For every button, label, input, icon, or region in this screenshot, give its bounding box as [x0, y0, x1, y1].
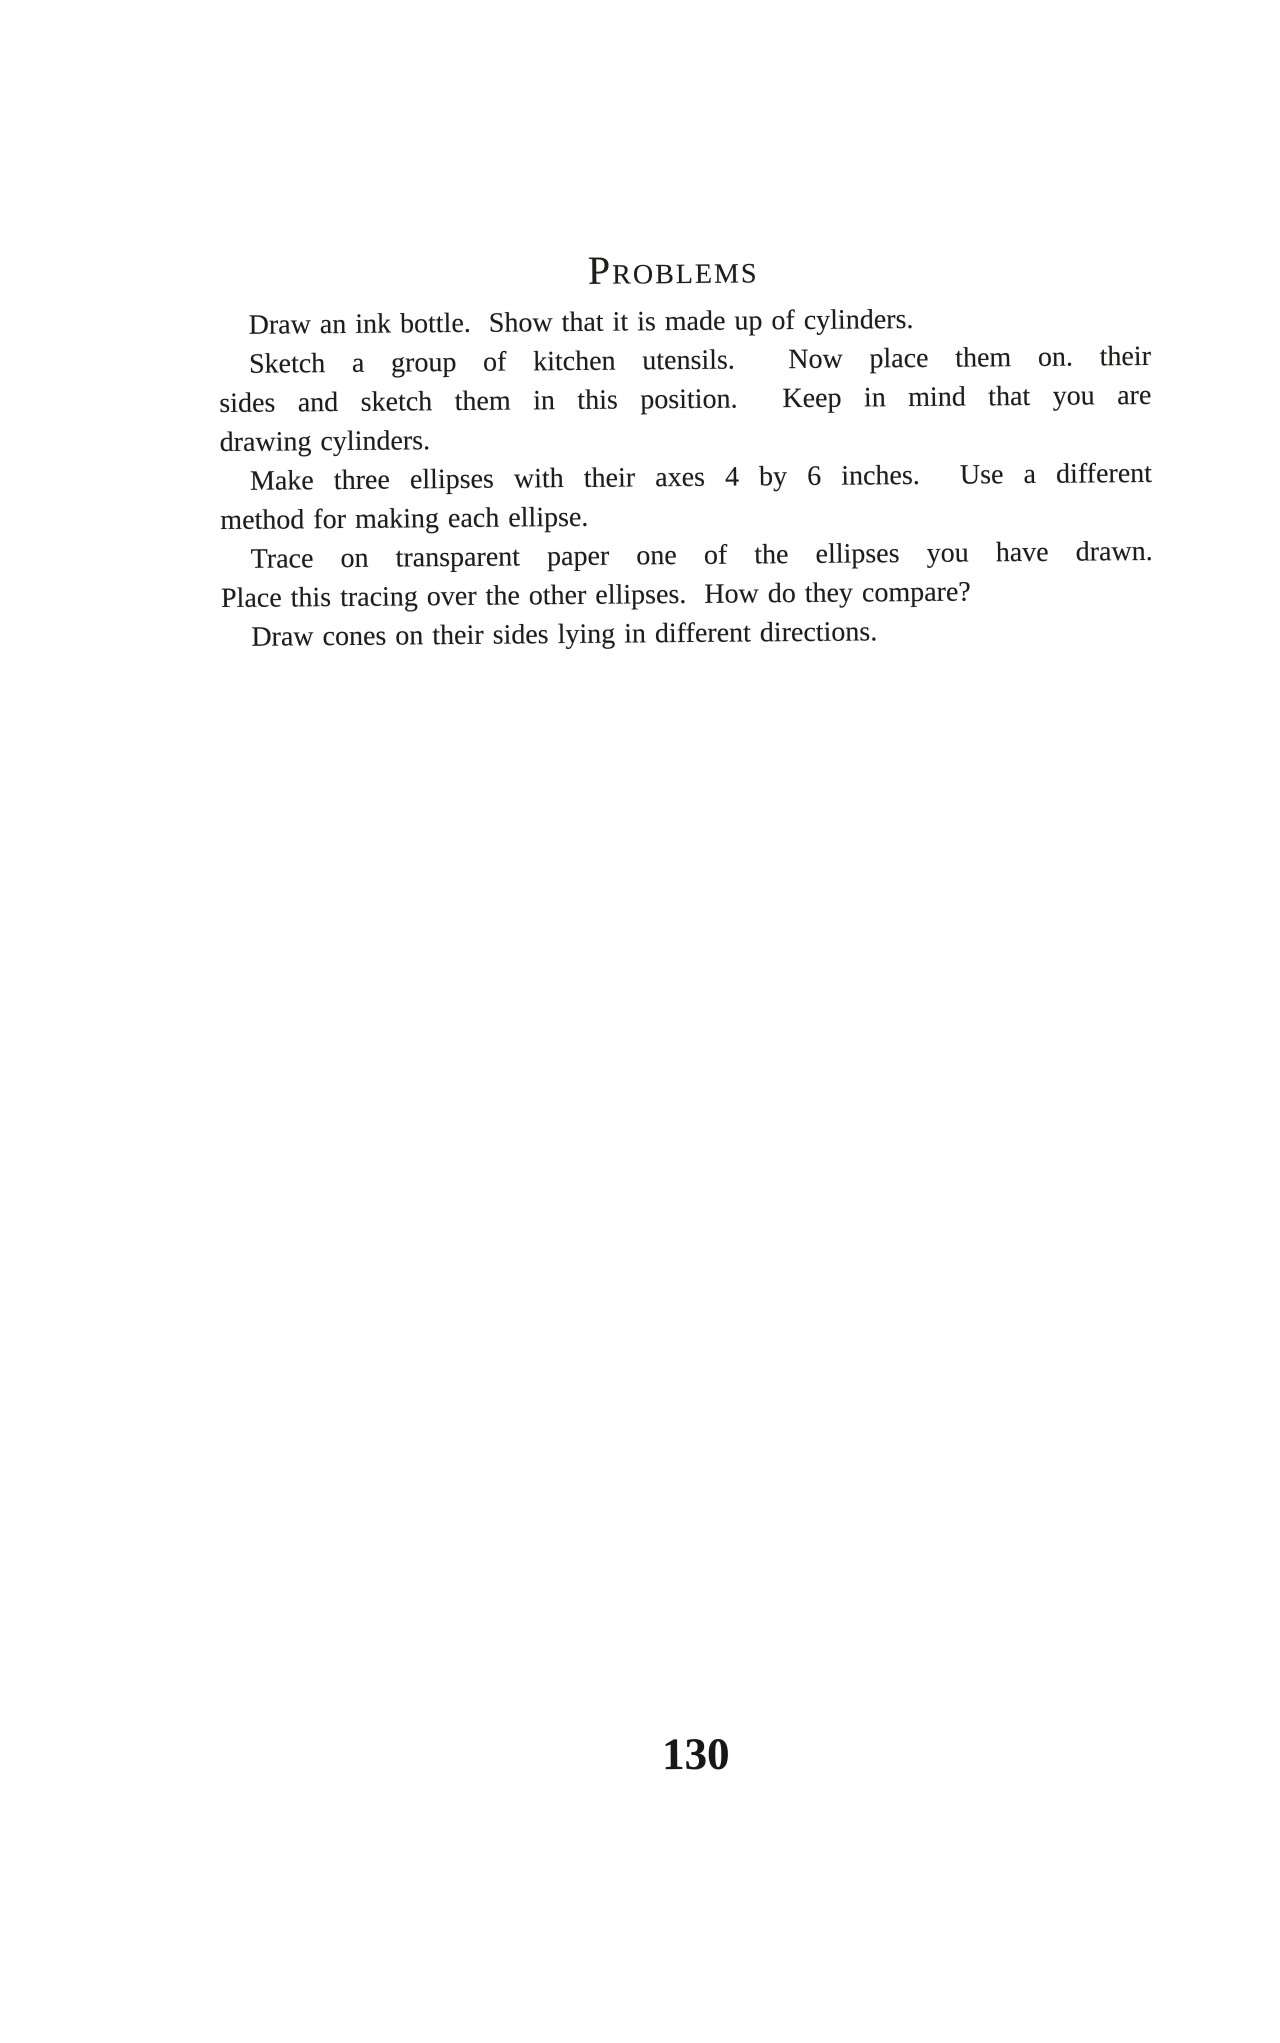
paragraph-3: Make three ellipses with their axes 4 by…	[220, 454, 1153, 540]
section-heading: Problems	[218, 244, 1150, 296]
paragraph-2: Sketch a group of kitchen utensils. Now …	[219, 337, 1152, 462]
scanned-book-page: Problems Draw an ink bottle. Show that i…	[0, 0, 1280, 2043]
paragraph-5: Draw cones on their sides lying in diffe…	[221, 610, 1153, 657]
page-number: 130	[662, 1728, 730, 1780]
text-line: Make three ellipses with their axes 4 by…	[220, 454, 1152, 501]
text-line: Draw cones on their sides lying in diffe…	[221, 610, 1153, 657]
page-text-block: Problems Draw an ink bottle. Show that i…	[218, 244, 1153, 657]
text-line: sides and sketch them in this position. …	[219, 376, 1151, 423]
paragraph-4: Trace on transparent paper one of the el…	[221, 532, 1154, 618]
text-line: Trace on transparent paper one of the el…	[221, 532, 1153, 579]
